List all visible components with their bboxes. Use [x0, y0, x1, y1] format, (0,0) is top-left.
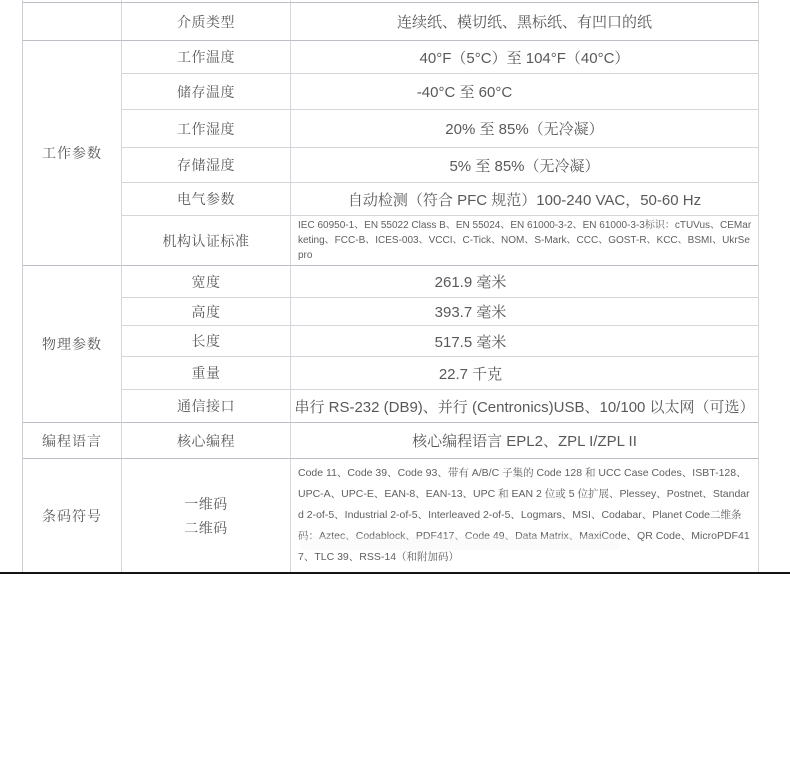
page: 介质类型连续纸、模切纸、黑标纸、有凹口的纸工作参数工作温度40°F（5°C）至 …: [0, 0, 790, 784]
spec-value: 连续纸、模切纸、黑标纸、有凹口的纸: [291, 3, 759, 41]
spec-row: 长度517.5 毫米: [23, 326, 759, 357]
spec-row: 高度393.7 毫米: [23, 298, 759, 326]
category-cell: [23, 3, 122, 41]
spec-value: -40°C 至 60°C: [291, 74, 759, 110]
spec-value: 517.5 毫米: [291, 326, 759, 357]
spec-label: 一维码 二维码: [122, 459, 291, 573]
spec-value: 261.9 毫米: [291, 266, 759, 298]
faint-watermark: [300, 536, 620, 550]
category-cell: 条码符号: [23, 459, 122, 573]
spec-value: 串行 RS-232 (DB9)、并行 (Centronics)USB、10/10…: [291, 390, 759, 423]
spec-value: 5% 至 85%（无冷凝）: [291, 148, 759, 183]
category-cell: 物理参数: [23, 266, 122, 423]
spec-label: 高度: [122, 298, 291, 326]
spec-row: 电气参数自动检测（符合 PFC 规范）100-240 VAC，50-60 Hz: [23, 183, 759, 216]
spec-value: Code 11、Code 39、Code 93、带有 A/B/C 子集的 Cod…: [291, 459, 759, 573]
spec-value: 核心编程语言 EPL2、ZPL I/ZPL II: [291, 423, 759, 459]
spec-label: 电气参数: [122, 183, 291, 216]
spec-row: 工作湿度20% 至 85%（无冷凝）: [23, 110, 759, 148]
spec-table: 介质类型连续纸、模切纸、黑标纸、有凹口的纸工作参数工作温度40°F（5°C）至 …: [22, 0, 759, 573]
spec-value: IEC 60950-1、EN 55022 Class B、EN 55024、EN…: [291, 216, 759, 266]
spec-value: 40°F（5°C）至 104°F（40°C）: [291, 41, 759, 74]
category-cell: 编程语言: [23, 423, 122, 459]
spec-label: 储存温度: [122, 74, 291, 110]
spec-label: 工作温度: [122, 41, 291, 74]
spec-row: 通信接口串行 RS-232 (DB9)、并行 (Centronics)USB、1…: [23, 390, 759, 423]
spec-label: 重量: [122, 357, 291, 390]
spec-label: 核心编程: [122, 423, 291, 459]
spec-row: 储存温度-40°C 至 60°C: [23, 74, 759, 110]
spec-row: 编程语言核心编程核心编程语言 EPL2、ZPL I/ZPL II: [23, 423, 759, 459]
spec-value: 393.7 毫米: [291, 298, 759, 326]
category-cell: 工作参数: [23, 41, 122, 266]
spec-label: 工作湿度: [122, 110, 291, 148]
section-divider-rule: [0, 572, 790, 574]
spec-table-container: 介质类型连续纸、模切纸、黑标纸、有凹口的纸工作参数工作温度40°F（5°C）至 …: [22, 0, 758, 573]
spec-row: 介质类型连续纸、模切纸、黑标纸、有凹口的纸: [23, 3, 759, 41]
spec-row: 物理参数宽度261.9 毫米: [23, 266, 759, 298]
spec-row: 条码符号一维码 二维码Code 11、Code 39、Code 93、带有 A/…: [23, 459, 759, 573]
spec-value: 20% 至 85%（无冷凝）: [291, 110, 759, 148]
spec-label: 长度: [122, 326, 291, 357]
spec-label: 机构认证标准: [122, 216, 291, 266]
spec-row: 机构认证标准IEC 60950-1、EN 55022 Class B、EN 55…: [23, 216, 759, 266]
spec-value: 自动检测（符合 PFC 规范）100-240 VAC，50-60 Hz: [291, 183, 759, 216]
spec-label: 宽度: [122, 266, 291, 298]
spec-row: 重量22.7 千克: [23, 357, 759, 390]
spec-row: 工作参数工作温度40°F（5°C）至 104°F（40°C）: [23, 41, 759, 74]
spec-label: 存储湿度: [122, 148, 291, 183]
spec-row: 存储湿度5% 至 85%（无冷凝）: [23, 148, 759, 183]
spec-label: 通信接口: [122, 390, 291, 423]
spec-label: 介质类型: [122, 3, 291, 41]
spec-value: 22.7 千克: [291, 357, 759, 390]
